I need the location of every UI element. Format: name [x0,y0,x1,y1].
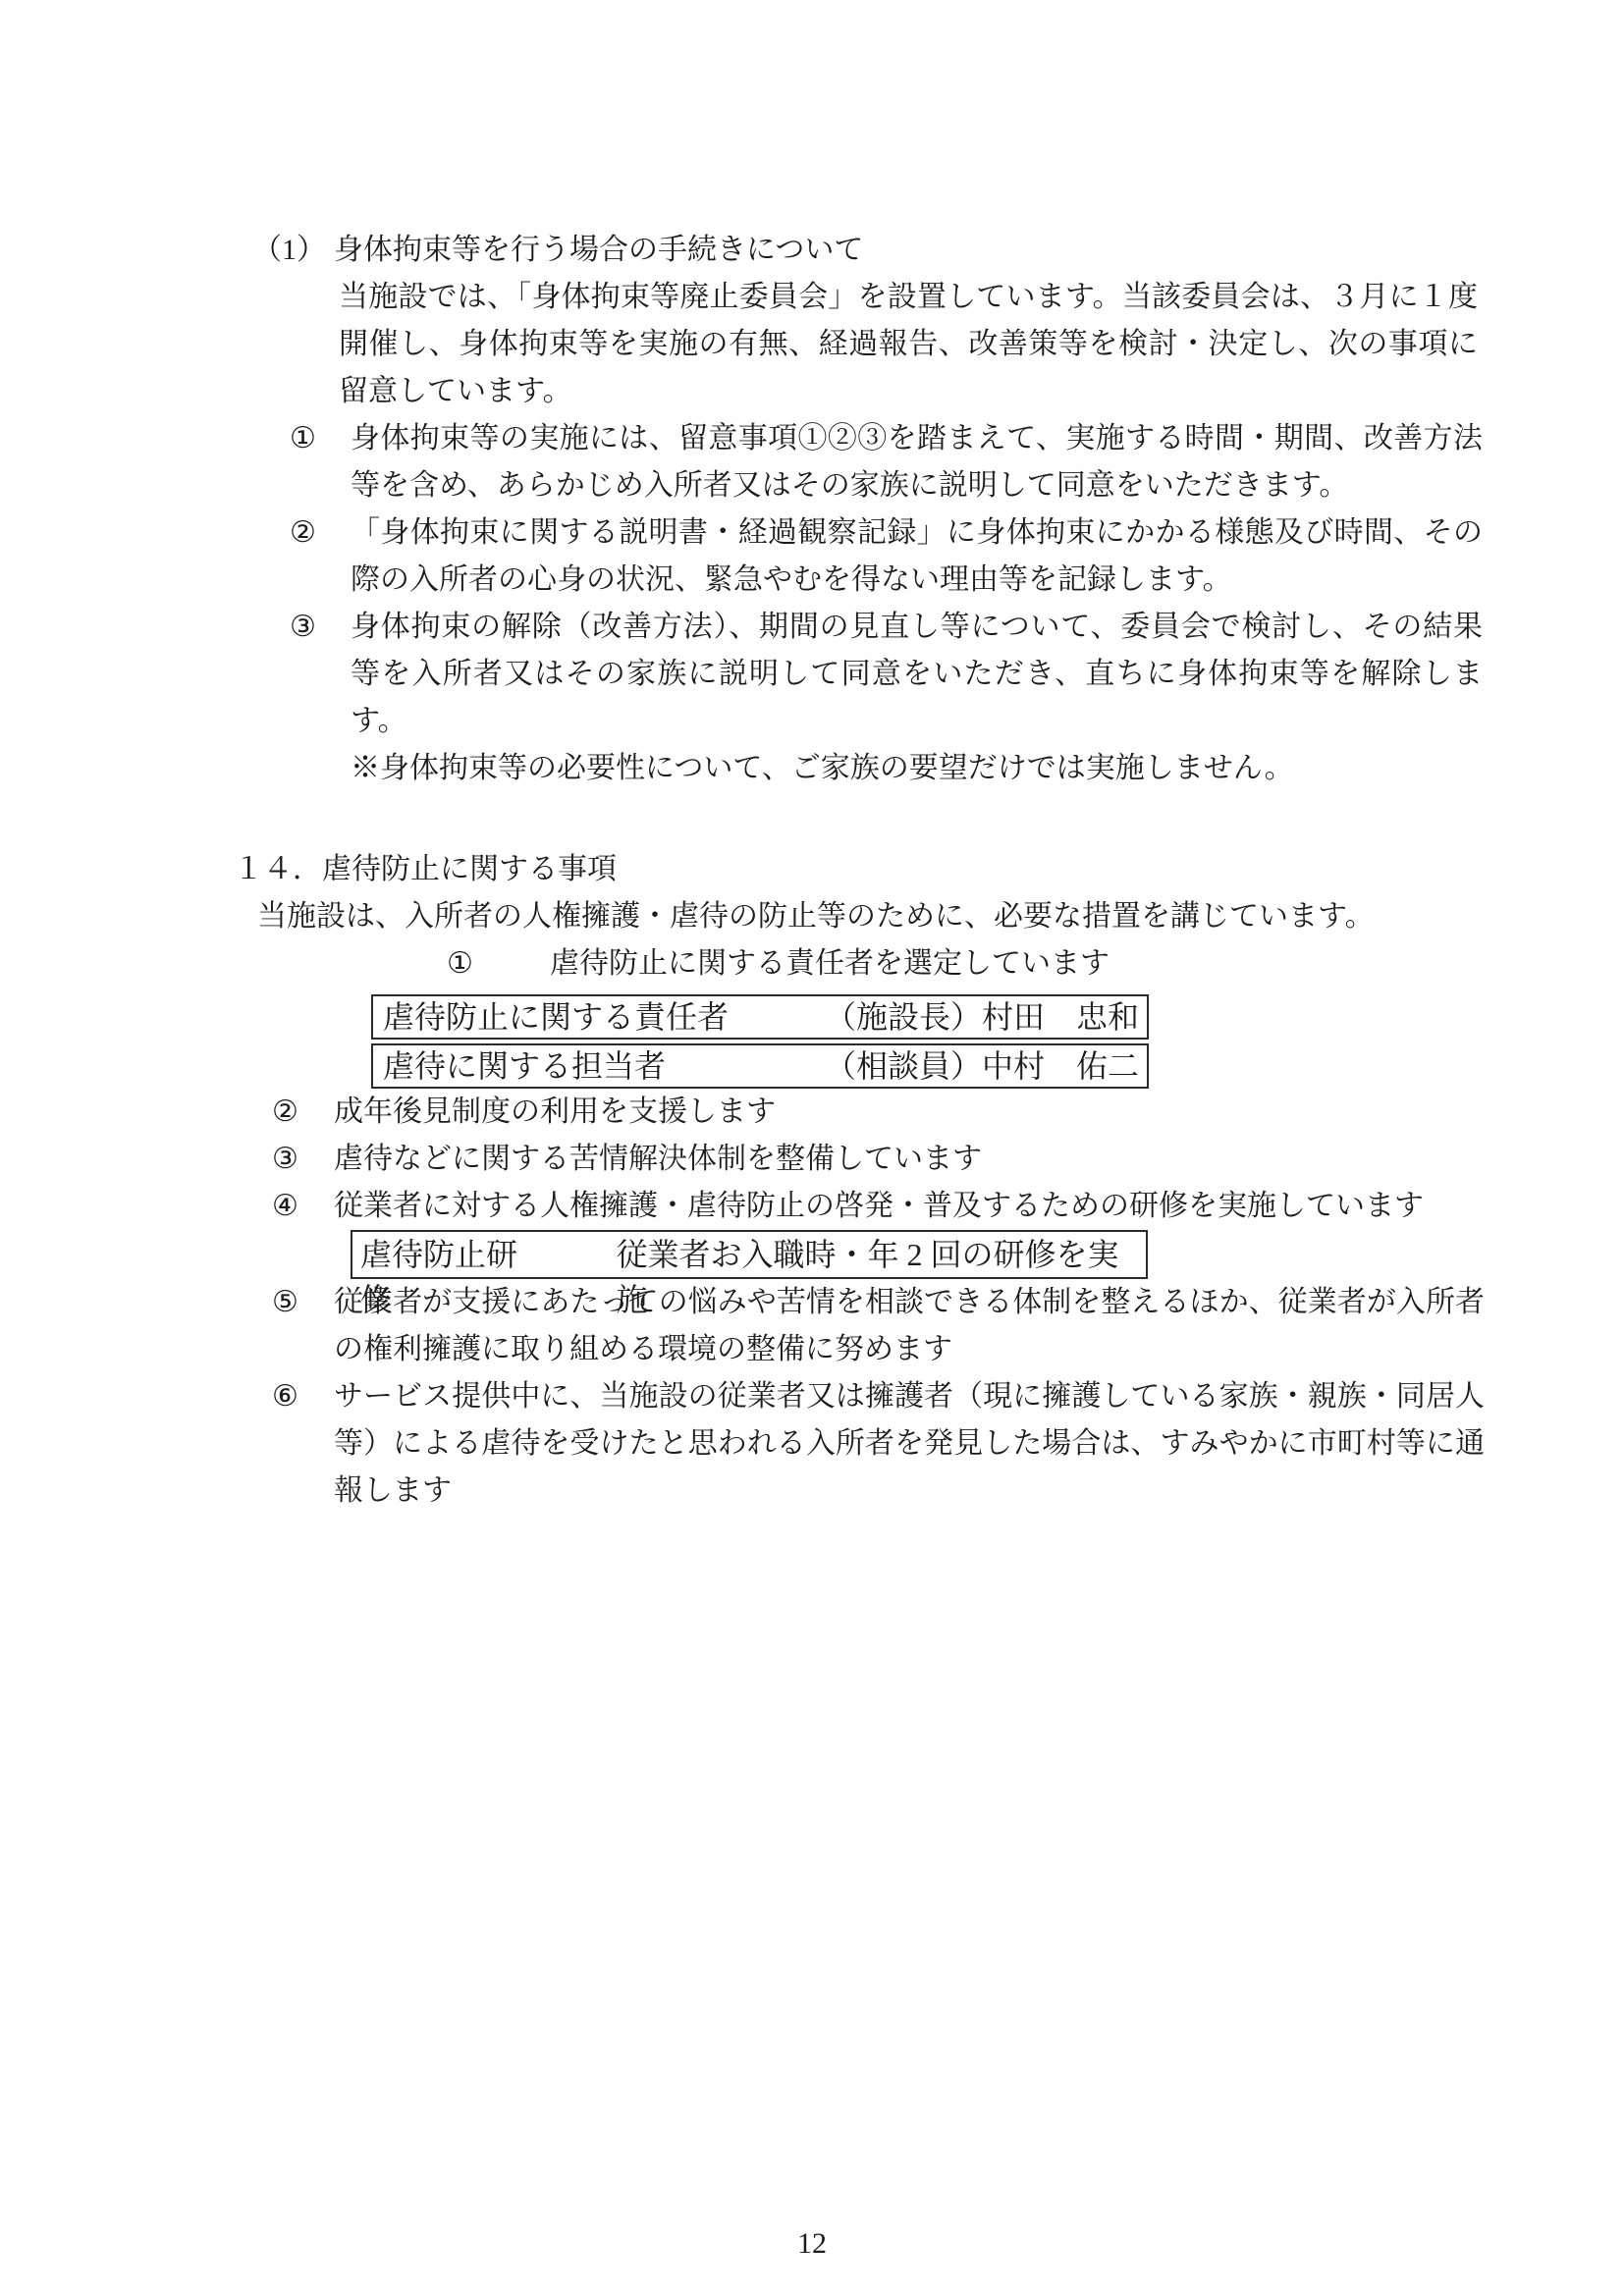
list-item-abuse-3: ③ 虐待などに関する苦情解決体制を整備しています [0,1136,1624,1183]
restraint-note: ※身体拘束等の必要性について、ご家族の要望だけでは実施しません。 [351,745,1624,792]
table-row-responsible: 虐待防止に関する責任者 （施設長）村田 忠和 [371,994,1149,1040]
list-item-text: 虐待防止に関する責任者を選定しています [550,947,1110,980]
table-row-contact: 虐待に関する担当者 （相談員）中村 佑二 [371,1043,1149,1089]
responsible-persons-table: 虐待防止に関する責任者 （施設長）村田 忠和 虐待に関する担当者 （相談員）中村… [371,994,1149,1089]
training-box-value: 従業者お入職時・年 2 回の研修を実施 [616,1232,1146,1277]
section1-heading: （1） 身体拘束等を行う場合の手続きについて [252,227,1624,274]
list-item-text: 身体拘束等の実施には、留意事項①②③を踏まえて、実施する時間・期間、改善方法等を… [351,415,1483,509]
section1-heading-text: 身体拘束等を行う場合の手続きについて [334,227,863,274]
list-item-restraint-3: ③ 身体拘束の解除（改善方法）、期間の見直し等について、委員会で検討し、その結果… [0,604,1624,745]
section1-heading-number: （1） [252,227,334,274]
section1-intro-paragraph: 当施設では、「身体拘束等廃止委員会」を設置しています。当該委員会は、３月に１度開… [339,274,1478,415]
table-cell-value: （施設長）村田 忠和 [825,996,1147,1038]
list-item-text: 「身体拘束に関する説明書・経過観察記録」に身体拘束にかかる様態及び時間、その際の… [351,509,1483,604]
list-item-restraint-1: ① 身体拘束等の実施には、留意事項①②③を踏まえて、実施する時間・期間、改善方法… [0,415,1624,509]
section14-intro-paragraph: 当施設は、入所者の人権擁護・虐待の防止等のために、必要な措置を講じています。 [257,893,1624,940]
table-cell-value: （相談員）中村 佑二 [825,1045,1147,1087]
table-cell-label: 虐待に関する担当者 [383,1045,825,1087]
table-cell-label: 虐待防止に関する責任者 [383,996,825,1038]
circled-number: ④ [272,1183,334,1230]
list-item-restraint-2: ② 「身体拘束に関する説明書・経過観察記録」に身体拘束にかかる様態及び時間、その… [0,509,1624,604]
circled-number: ② [290,509,351,604]
list-item-text: 身体拘束の解除（改善方法）、期間の見直し等について、委員会で検討し、その結果等を… [351,604,1483,745]
training-box: 虐待防止研修 従業者お入職時・年 2 回の研修を実施 [351,1230,1148,1279]
circled-number: ① [447,940,550,988]
circled-number: ② [272,1089,334,1136]
circled-number: ① [290,415,351,509]
circled-number: ⑤ [272,1279,334,1373]
list-item-text: 従業者が支援にあたっての悩みや苦情を相談できる体制を整えるほか、従業者が入所者の… [334,1279,1485,1373]
training-box-label: 虐待防止研修 [360,1232,547,1277]
list-item-text: 従業者に対する人権擁護・虐待防止の啓発・普及するための研修を実施しています [334,1183,1485,1230]
list-item-text: 成年後見制度の利用を支援します [334,1089,1485,1136]
list-item-text: サービス提供中に、当施設の従業者又は擁護者（現に擁護している家族・親族・同居人等… [334,1373,1485,1515]
list-item-abuse-1: ①虐待防止に関する責任者を選定しています [447,940,1624,988]
section14-heading: １４．虐待防止に関する事項 [234,846,1624,893]
document-page: （1） 身体拘束等を行う場合の手続きについて 当施設では、「身体拘束等廃止委員会… [0,0,1624,2296]
circled-number: ③ [272,1136,334,1183]
list-item-abuse-5: ⑤ 従業者が支援にあたっての悩みや苦情を相談できる体制を整えるほか、従業者が入所… [0,1279,1624,1373]
list-item-abuse-6: ⑥ サービス提供中に、当施設の従業者又は擁護者（現に擁護している家族・親族・同居… [0,1373,1624,1515]
circled-number: ⑥ [272,1373,334,1515]
circled-number: ③ [290,604,351,745]
page-number: 12 [0,2220,1624,2268]
list-item-abuse-4: ④ 従業者に対する人権擁護・虐待防止の啓発・普及するための研修を実施しています [0,1183,1624,1230]
list-item-abuse-2: ② 成年後見制度の利用を支援します [0,1089,1624,1136]
list-item-text: 虐待などに関する苦情解決体制を整備しています [334,1136,1485,1183]
